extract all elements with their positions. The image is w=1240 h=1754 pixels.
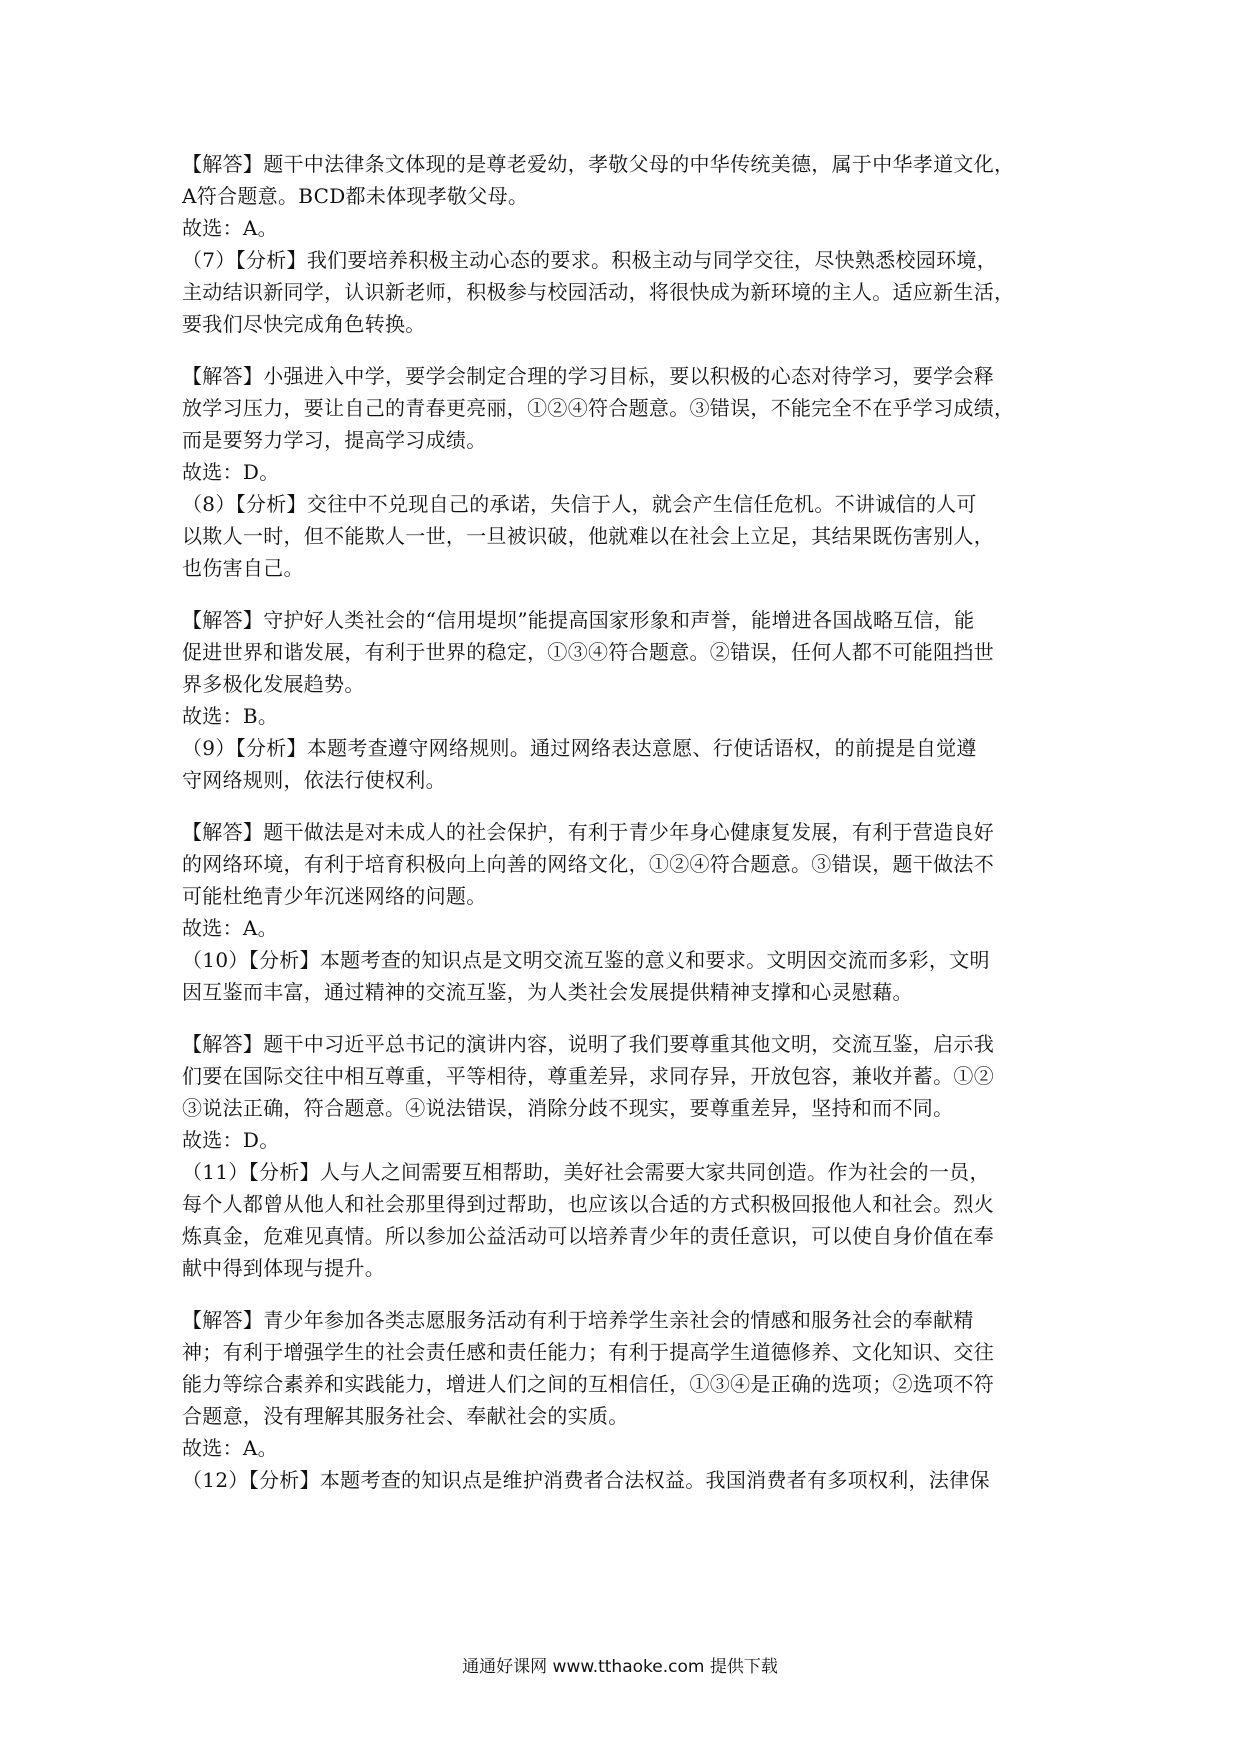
text-line: 可能杜绝青少年沉迷网络的问题。	[182, 880, 1060, 912]
answer-block-9: 【解答】题干做法是对未成人的社会保护，有利于青少年身心健康复发展，有利于营造良好…	[182, 816, 1060, 944]
text-line: （9）【分析】本题考查遵守网络规则。通过网络表达意愿、行使话语权，的前提是自觉遵	[182, 732, 1060, 764]
answer-block-6: 【解答】题干中法律条文体现的是尊老爱幼，孝敬父母的中华传统美德，属于中华孝道文化…	[182, 148, 1060, 244]
answer-block-11: 【解答】青少年参加各类志愿服务活动有利于培养学生亲社会的情感和服务社会的奉献精 …	[182, 1304, 1060, 1464]
analysis-block-7: （7）【分析】我们要培养积极主动心态的要求。积极主动与同学交往，尽快熟悉校园环境…	[182, 244, 1060, 340]
text-line: 【解答】守护好人类社会的“信用堤坝”能提高国家形象和声誉，能增进各国战略互信，能	[182, 604, 1060, 636]
choice-line: 故选：D。	[182, 1124, 1060, 1156]
text-line: （10）【分析】本题考查的知识点是文明交流互鉴的意义和要求。文明因交流而多彩，文…	[182, 944, 1060, 976]
choice-line: 故选：A。	[182, 1432, 1060, 1464]
text-line: 能力等综合素养和实践能力，增进人们之间的互相信任，①③④是正确的选项；②选项不符	[182, 1368, 1060, 1400]
answer-block-8: 【解答】守护好人类社会的“信用堤坝”能提高国家形象和声誉，能增进各国战略互信，能…	[182, 604, 1060, 732]
text-line: 以欺人一时，但不能欺人一世，一旦被识破，他就难以在社会上立足，其结果既伤害别人，	[182, 520, 1060, 552]
analysis-block-9: （9）【分析】本题考查遵守网络规则。通过网络表达意愿、行使话语权，的前提是自觉遵…	[182, 732, 1060, 796]
analysis-block-12: （12）【分析】本题考查的知识点是维护消费者合法权益。我国消费者有多项权利，法律…	[182, 1464, 1060, 1496]
choice-line: 故选：A。	[182, 912, 1060, 944]
text-line: 放学习压力，要让自己的青春更亮丽，①②④符合题意。③错误，不能完全不在乎学习成绩…	[182, 392, 1060, 424]
text-line: （8）【分析】交往中不兑现自己的承诺，失信于人，就会产生信任危机。不讲诚信的人可	[182, 488, 1060, 520]
text-line: 【解答】青少年参加各类志愿服务活动有利于培养学生亲社会的情感和服务社会的奉献精	[182, 1304, 1060, 1336]
text-line: 促进世界和谐发展，有利于世界的稳定，①③④符合题意。②错误，任何人都不可能阻挡世	[182, 636, 1060, 668]
choice-line: 故选：B。	[182, 700, 1060, 732]
text-line: ③说法正确，符合题意。④说法错误，消除分歧不现实，要尊重差异，坚持和而不同。	[182, 1092, 1060, 1124]
text-line: 守网络规则，依法行使权利。	[182, 764, 1060, 796]
text-line: 因互鉴而丰富，通过精神的交流互鉴，为人类社会发展提供精神支撑和心灵慰藉。	[182, 976, 1060, 1008]
text-line: 【解答】题干做法是对未成人的社会保护，有利于青少年身心健康复发展，有利于营造良好	[182, 816, 1060, 848]
text-line: 要我们尽快完成角色转换。	[182, 308, 1060, 340]
text-line: 【解答】题干中习近平总书记的演讲内容，说明了我们要尊重其他文明，交流互鉴，启示我	[182, 1028, 1060, 1060]
text-line: 也伤害自己。	[182, 552, 1060, 584]
analysis-block-11: （11）【分析】人与人之间需要互相帮助，美好社会需要大家共同创造。作为社会的一员…	[182, 1156, 1060, 1284]
text-line: 神；有利于增强学生的社会责任感和责任能力；有利于提高学生道德修养、文化知识、交往	[182, 1336, 1060, 1368]
text-line: 【解答】题干中法律条文体现的是尊老爱幼，孝敬父母的中华传统美德，属于中华孝道文化…	[182, 148, 1060, 180]
text-line: （11）【分析】人与人之间需要互相帮助，美好社会需要大家共同创造。作为社会的一员…	[182, 1156, 1060, 1188]
text-line: 合题意，没有理解其服务社会、奉献社会的实质。	[182, 1400, 1060, 1432]
choice-line: 故选：A。	[182, 212, 1060, 244]
page-footer: 通通好课网 www.tthaoke.com 提供下载	[0, 1652, 1240, 1677]
text-line: （12）【分析】本题考查的知识点是维护消费者合法权益。我国消费者有多项权利，法律…	[182, 1464, 1060, 1496]
text-line: 的网络环境，有利于培育积极向上向善的网络文化，①②④符合题意。③错误，题干做法不	[182, 848, 1060, 880]
text-line: 而是要努力学习，提高学习成绩。	[182, 424, 1060, 456]
text-line: 主动结识新同学，认识新老师，积极参与校园活动，将很快成为新环境的主人。适应新生活…	[182, 276, 1060, 308]
text-line: 每个人都曾从他人和社会那里得到过帮助，也应该以合适的方式积极回报他人和社会。烈火	[182, 1188, 1060, 1220]
text-line: 献中得到体现与提升。	[182, 1252, 1060, 1284]
text-line: 炼真金，危难见真情。所以参加公益活动可以培养青少年的责任意识，可以使自身价值在奉	[182, 1220, 1060, 1252]
text-line: 界多极化发展趋势。	[182, 668, 1060, 700]
answer-block-7: 【解答】小强进入中学，要学会制定合理的学习目标，要以积极的心态对待学习，要学会释…	[182, 360, 1060, 488]
choice-line: 故选：D。	[182, 456, 1060, 488]
document-page: 【解答】题干中法律条文体现的是尊老爱幼，孝敬父母的中华传统美德，属于中华孝道文化…	[182, 148, 1060, 1496]
text-line: A符合题意。BCD都未体现孝敬父母。	[182, 180, 1060, 212]
answer-block-10: 【解答】题干中习近平总书记的演讲内容，说明了我们要尊重其他文明，交流互鉴，启示我…	[182, 1028, 1060, 1156]
analysis-block-8: （8）【分析】交往中不兑现自己的承诺，失信于人，就会产生信任危机。不讲诚信的人可…	[182, 488, 1060, 584]
text-line: （7）【分析】我们要培养积极主动心态的要求。积极主动与同学交往，尽快熟悉校园环境…	[182, 244, 1060, 276]
text-line: 【解答】小强进入中学，要学会制定合理的学习目标，要以积极的心态对待学习，要学会释	[182, 360, 1060, 392]
analysis-block-10: （10）【分析】本题考查的知识点是文明交流互鉴的意义和要求。文明因交流而多彩，文…	[182, 944, 1060, 1008]
text-line: 们要在国际交往中相互尊重，平等相待，尊重差异，求同存异，开放包容，兼收并蓄。①②	[182, 1060, 1060, 1092]
